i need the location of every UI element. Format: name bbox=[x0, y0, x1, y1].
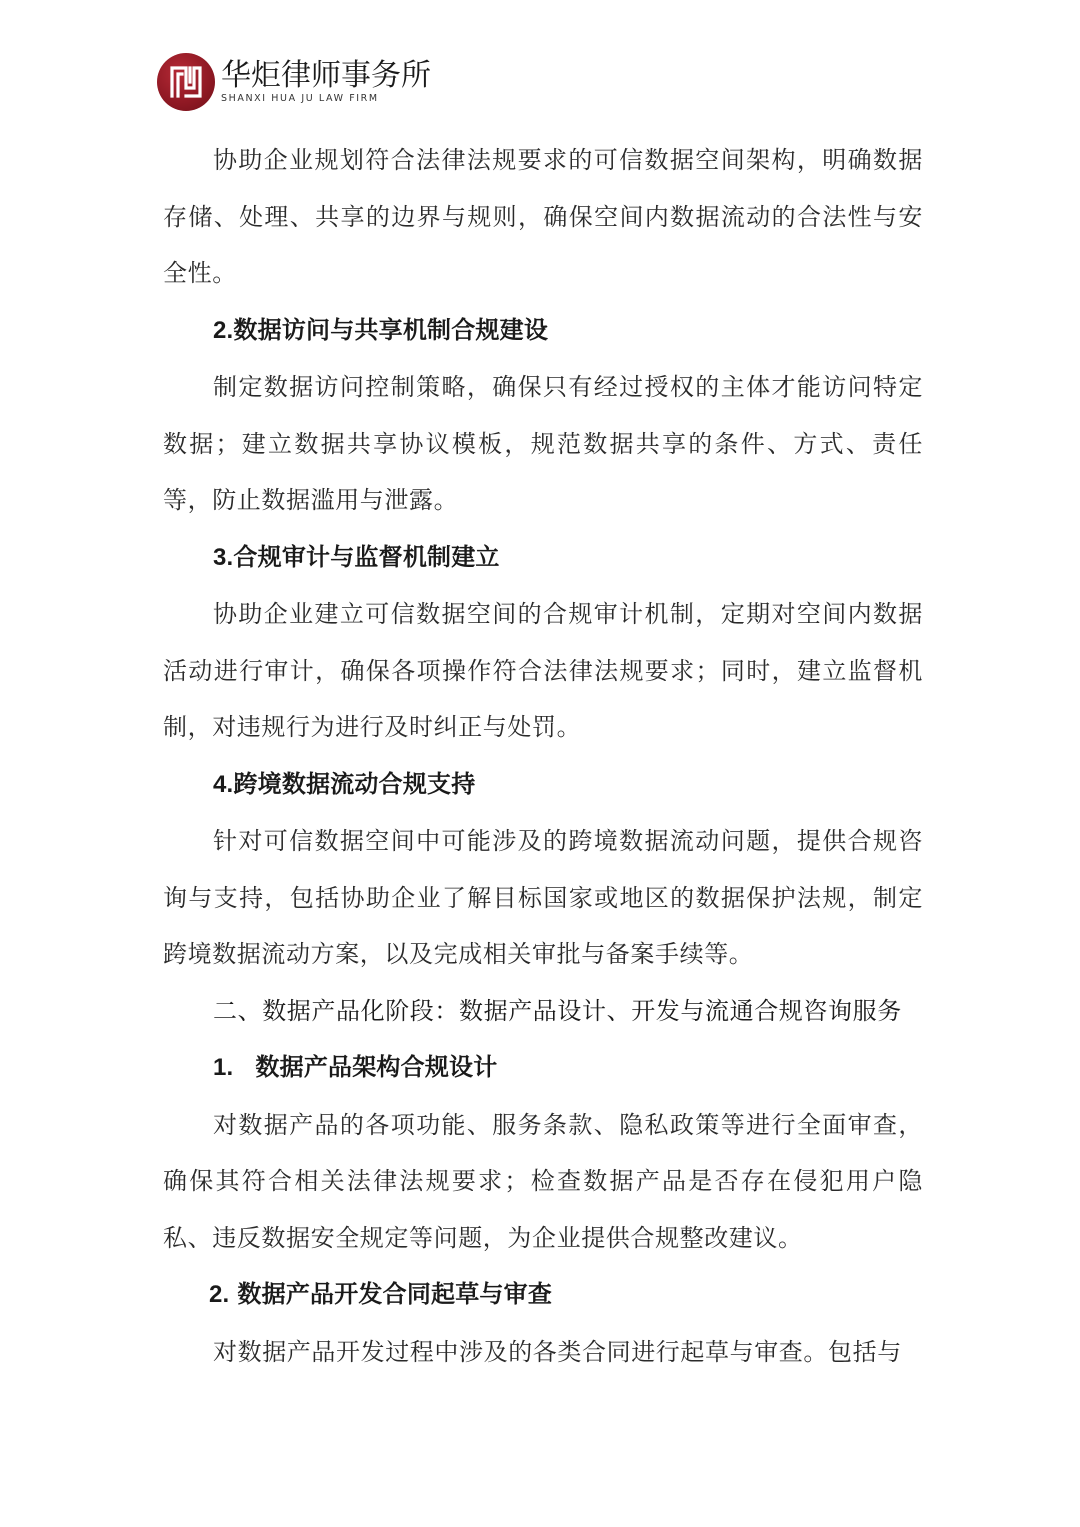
heading-number: 2. bbox=[209, 1281, 229, 1308]
heading-number: 3. bbox=[213, 544, 233, 571]
paragraph-3: 协助企业建立可信数据空间的合规审计机制，定期对空间内数据活动进行审计，确保各项操… bbox=[163, 586, 923, 756]
heading-text: 数据产品架构合规设计 bbox=[255, 1053, 497, 1081]
paragraph-1: 协助企业规划符合法律法规要求的可信数据空间架构，明确数据存储、处理、共享的边界与… bbox=[163, 132, 923, 302]
logo-text: 华炬律师事务所 SHANXI HUA JU LAW FIRM bbox=[221, 60, 431, 104]
heading-text: 合规审计与监督机制建立 bbox=[233, 543, 499, 571]
paragraph-4: 针对可信数据空间中可能涉及的跨境数据流动问题，提供合规咨询与支持，包括协助企业了… bbox=[163, 813, 923, 983]
firm-name-en: SHANXI HUA JU LAW FIRM bbox=[221, 93, 431, 104]
document-body: 协助企业规划符合法律法规要求的可信数据空间架构，明确数据存储、处理、共享的边界与… bbox=[163, 132, 923, 1380]
section-2-heading-1: 1.数据产品架构合规设计 bbox=[163, 1039, 923, 1097]
heading-number: 4. bbox=[213, 771, 233, 798]
heading-text: 数据访问与共享机制合规建设 bbox=[233, 316, 548, 344]
paragraph-6: 对数据产品开发过程中涉及的各类合同进行起草与审查。包括与 bbox=[163, 1324, 923, 1381]
firm-name-cn: 华炬律师事务所 bbox=[221, 60, 431, 92]
heading-4: 4.跨境数据流动合规支持 bbox=[163, 756, 923, 814]
section-2-title: 二、数据产品化阶段：数据产品设计、开发与流通合规咨询服务 bbox=[163, 983, 923, 1040]
law-firm-logo-icon bbox=[157, 53, 215, 111]
heading-number: 1. bbox=[213, 1054, 233, 1081]
heading-3: 3.合规审计与监督机制建立 bbox=[163, 529, 923, 587]
page-header: 华炬律师事务所 SHANXI HUA JU LAW FIRM bbox=[157, 54, 431, 110]
heading-2: 2.数据访问与共享机制合规建设 bbox=[163, 302, 923, 360]
heading-number: 2. bbox=[213, 317, 233, 344]
paragraph-2: 制定数据访问控制策略，确保只有经过授权的主体才能访问特定数据；建立数据共享协议模… bbox=[163, 359, 923, 529]
logo-glyph-icon bbox=[166, 62, 206, 102]
heading-text: 数据产品开发合同起草与审查 bbox=[237, 1280, 552, 1308]
paragraph-5: 对数据产品的各项功能、服务条款、隐私政策等进行全面审查，确保其符合相关法律法规要… bbox=[163, 1097, 923, 1267]
section-2-heading-2: 2.数据产品开发合同起草与审查 bbox=[163, 1266, 923, 1324]
heading-text: 跨境数据流动合规支持 bbox=[233, 770, 475, 798]
